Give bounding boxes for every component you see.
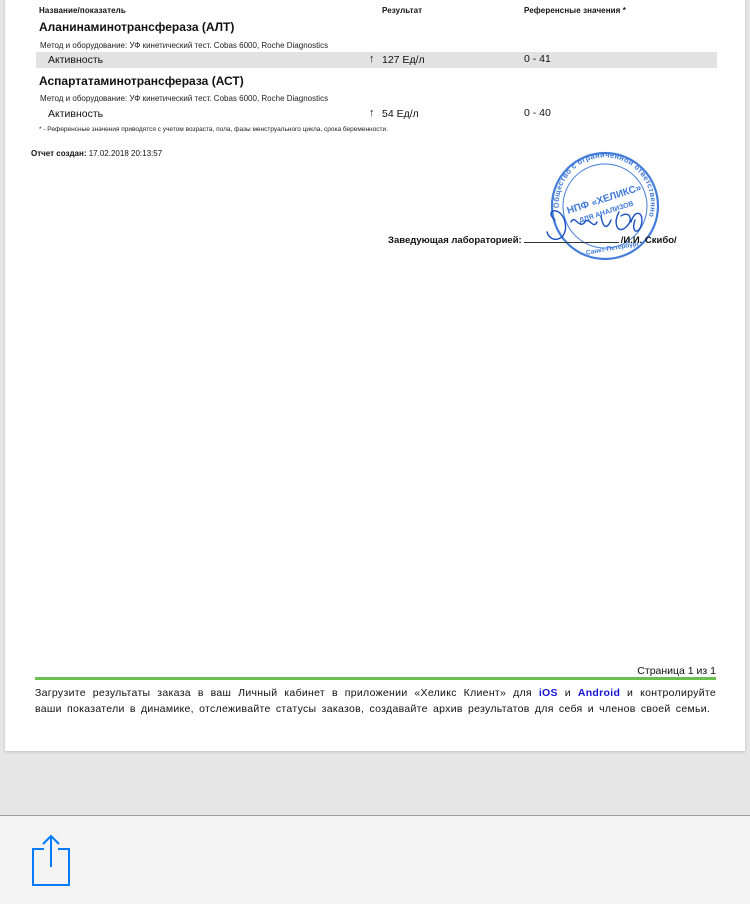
promo-text-part1: Загрузите результаты заказа в ваш Личный… [35,687,539,699]
parameter-name: Активность [48,108,103,120]
column-header-name: Название/показатель [39,6,126,15]
signature-line: Заведующая лабораторией:/И.И. Скибо/ [388,235,677,246]
reference-footnote: * - Референсные значения приводятся с уч… [39,126,388,133]
footer-divider [35,677,716,680]
signature-label: Заведующая лабораторией: [388,235,522,246]
test-method-ast: Метод и оборудование: УФ кинетический те… [40,94,328,103]
test-title-alt: Аланинаминотрансфераза (АЛТ) [39,20,234,34]
result-value: 127 Ед/л [382,54,425,66]
test-method-alt: Метод и оборудование: УФ кинетический те… [40,41,328,50]
report-created-value: 17.02.2018 20:13:57 [89,149,162,158]
pdf-page: Название/показатель Результат Референсны… [5,0,745,751]
bottom-toolbar [0,815,750,904]
result-row-ast: Активность ↑ 54 Ед/л 0 - 40 [36,106,717,122]
signature-underline [524,242,619,243]
result-row-alt: Активность ↑ 127 Ед/л 0 - 41 [36,52,717,68]
arrow-up-icon: ↑ [369,107,375,119]
column-header-result: Результат [382,6,422,15]
report-created-label: Отчет создан: [31,149,87,158]
share-icon [28,833,74,889]
document-viewer[interactable]: Название/показатель Результат Референсны… [0,0,750,815]
reference-range: 0 - 40 [524,107,551,119]
app-promo-text: Загрузите результаты заказа в ваш Личный… [35,686,716,717]
test-title-ast: Аспартатаминотрансфераза (АСТ) [39,74,244,88]
report-created: Отчет создан: 17.02.2018 20:13:57 [31,149,162,158]
parameter-name: Активность [48,54,103,66]
ios-link[interactable]: iOS [539,687,558,699]
share-button[interactable] [28,833,74,889]
promo-text-and: и [558,687,578,699]
signature-name: /И.И. Скибо/ [621,235,677,246]
android-link[interactable]: Android [578,687,620,699]
reference-range: 0 - 41 [524,53,551,65]
arrow-up-icon: ↑ [369,53,375,65]
page-indicator: Страница 1 из 1 [637,665,716,677]
result-value: 54 Ед/л [382,108,419,120]
column-header-reference: Референсные значения * [524,6,626,15]
